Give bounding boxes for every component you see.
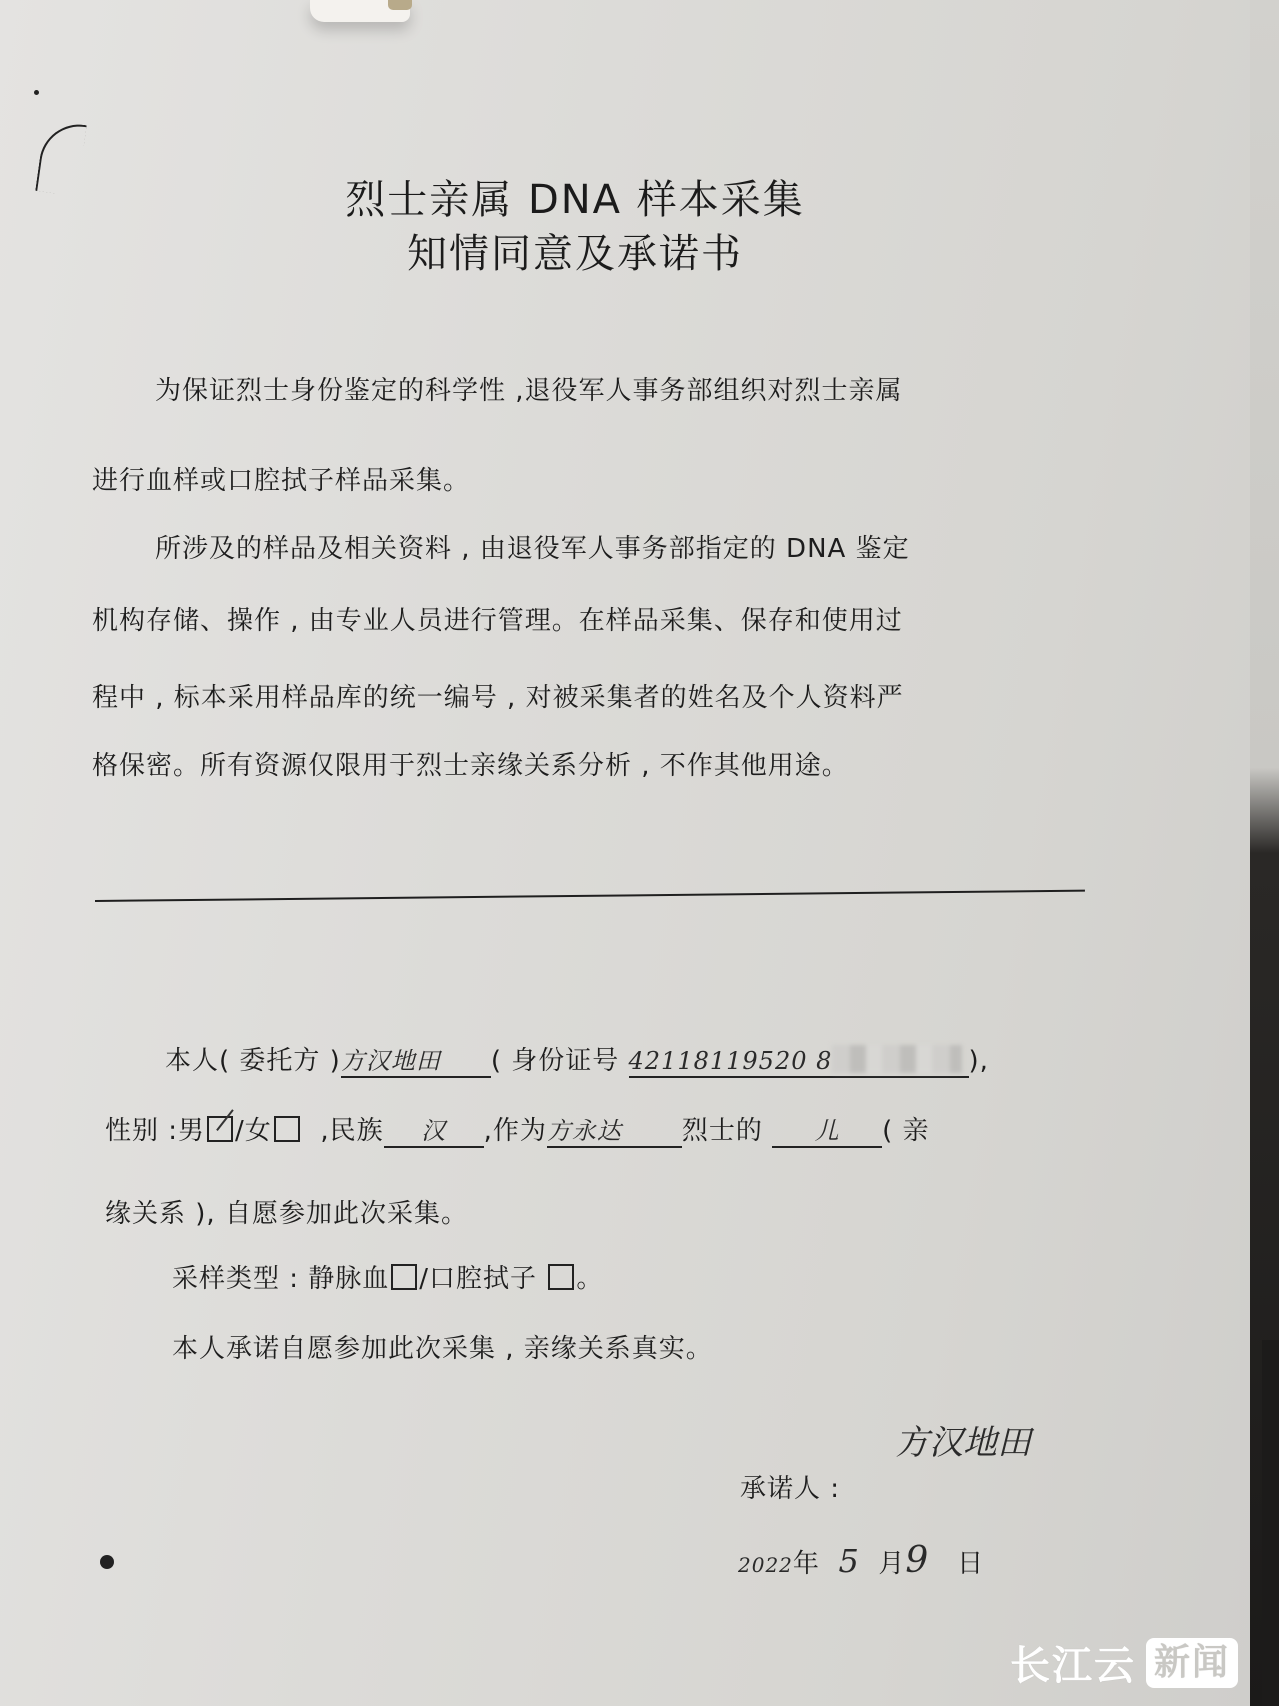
- relation-field[interactable]: 儿: [772, 1111, 882, 1148]
- ethnicity-field[interactable]: 汉: [384, 1111, 484, 1148]
- gender-row: 性别 :男/女 ,民族汉,作为方永达烈士的 儿( 亲: [105, 1110, 930, 1148]
- paragraph2-line2: 机构存储、操作 , 由专业人员进行管理。在样品采集、保存和使用过: [92, 600, 903, 637]
- ethnicity-handwritten: 汉: [421, 1117, 446, 1145]
- date-month-label: 月: [878, 1549, 905, 1579]
- ethnicity-label: ,民族: [320, 1116, 383, 1146]
- venous-blood-checkbox[interactable]: [391, 1264, 417, 1290]
- sample-type-end: 。: [576, 1264, 603, 1294]
- martyr-of-label: 烈士的: [682, 1116, 763, 1146]
- signer-signature: 方汉地田: [895, 1415, 1031, 1464]
- principal-name-field[interactable]: 方汉地田: [341, 1041, 491, 1078]
- id-number-redaction: [832, 1045, 962, 1073]
- date-year-label: 年: [793, 1549, 820, 1579]
- gender-male-checkbox[interactable]: [207, 1116, 233, 1142]
- date-month-handwritten: 5: [838, 1542, 859, 1580]
- sample-type-sep: /口腔拭子: [419, 1264, 537, 1294]
- id-number-handwritten: 42118119520 8: [629, 1047, 833, 1075]
- date-day-handwritten: 9: [905, 1540, 929, 1581]
- sample-type-row: 采样类型 : 静脉血/口腔拭子 。: [172, 1258, 603, 1295]
- background-dark-edge: [1262, 1340, 1279, 1706]
- paragraph2-line4: 格保密。所有资源仅限用于烈士亲缘关系分析 , 不作其他用途。: [92, 745, 849, 782]
- principal-name-handwritten: 方汉地田: [341, 1047, 441, 1075]
- martyr-name-field[interactable]: 方永达: [547, 1111, 682, 1148]
- id-close: ),: [969, 1046, 989, 1076]
- principal-label: 本人( 委托方 ): [165, 1046, 341, 1076]
- paragraph2-line3: 程中 , 标本采用样品库的统一编号 , 对被采集者的姓名及个人资料严: [92, 677, 904, 714]
- paragraph2-line1: 所涉及的样品及相关资料 , 由退役军人事务部指定的 DNA 鉴定: [155, 528, 910, 565]
- ink-spot: [100, 1555, 114, 1569]
- relation-close-line: 缘关系 ), 自愿参加此次采集。: [105, 1193, 468, 1230]
- date-day-label: 日: [957, 1549, 984, 1579]
- paper-clip-object-tip: [388, 0, 412, 10]
- relation-open: ( 亲: [882, 1116, 929, 1146]
- signer-label: 承诺人 :: [740, 1468, 840, 1505]
- document-title-line2: 知情同意及承诺书: [0, 222, 1150, 279]
- as-label: ,作为: [484, 1116, 547, 1146]
- sample-type-label: 采样类型 : 静脉血: [172, 1264, 389, 1294]
- martyr-name-handwritten: 方永达: [547, 1117, 622, 1145]
- paragraph1-line1: 为保证烈士身份鉴定的科学性 ,退役军人事务部组织对烈士亲属: [155, 370, 903, 407]
- id-number-field[interactable]: 42118119520 8: [629, 1045, 969, 1078]
- gender-sep: /女: [235, 1116, 272, 1146]
- gender-label: 性别 :男: [105, 1116, 205, 1146]
- paragraph1-line2: 进行血样或口腔拭子样品采集。: [92, 460, 470, 497]
- date-year-handwritten: 2022: [738, 1553, 793, 1577]
- document-title-line1: 烈士亲属 DNA 样本采集: [0, 168, 1150, 225]
- id-label: ( 身份证号: [491, 1046, 619, 1076]
- principal-row: 本人( 委托方 )方汉地田( 身份证号 42118119520 8),: [165, 1040, 989, 1078]
- gender-female-checkbox[interactable]: [274, 1116, 300, 1142]
- date-row: 2022年 5 月9 日: [738, 1540, 984, 1581]
- watermark-brand: 长江云: [1010, 1634, 1136, 1691]
- watermark-badge: 新闻: [1146, 1638, 1238, 1688]
- ink-dot: [34, 90, 39, 95]
- pledge-text: 本人承诺自愿参加此次采集 , 亲缘关系真实。: [172, 1328, 713, 1365]
- watermark-logo: 长江云 新闻: [1010, 1634, 1238, 1691]
- relation-handwritten: 儿: [815, 1117, 840, 1145]
- oral-swab-checkbox[interactable]: [548, 1264, 574, 1290]
